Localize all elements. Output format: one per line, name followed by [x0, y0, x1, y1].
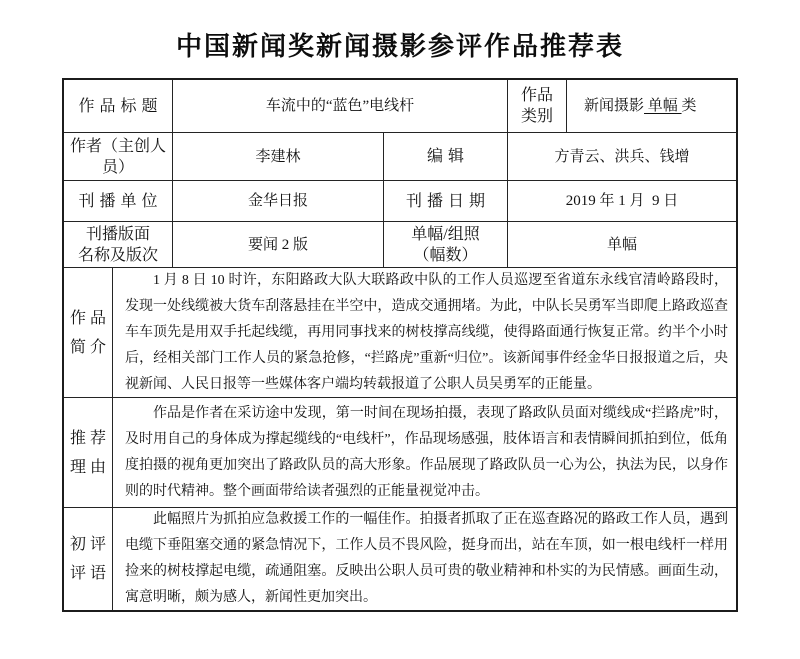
review-label-cell: 初评 评语: [64, 508, 113, 610]
category-label-line2: 类别: [518, 106, 556, 127]
review-label-line2: 评语: [70, 559, 110, 588]
category-value-cell: 新闻摄影 单幅 类: [567, 80, 736, 132]
intro-text-cell: 1 月 8 日 10 时许，东阳路政大队大联路政中队的工作人员巡逻至省道东永线官…: [113, 268, 736, 397]
review-text-cell: 此幅照片为抓拍应急救援工作的一幅佳作。拍摄者抓取了正在巡查路况的路政工作人员，遇…: [113, 508, 736, 610]
category-underlined: 单幅: [644, 98, 682, 114]
editor-label: 编辑: [424, 146, 472, 167]
intro-label-line2: 简介: [70, 333, 110, 362]
publish-date-value-cell: 2019 年 1 月 9 日: [508, 181, 736, 221]
row-publisher-date: 刊播单位 金华日报 刊播日期 2019 年 1 月 9 日: [64, 181, 736, 222]
photo-count-label-line1: 单幅/组照: [408, 224, 482, 245]
publish-date-label-cell: 刊播日期: [384, 181, 508, 221]
photo-count-value-cell: 单幅: [508, 222, 736, 267]
row-intro: 作品 简介 1 月 8 日 10 时许，东阳路政大队大联路政中队的工作人员巡逻至…: [64, 268, 736, 398]
category-suffix: 类: [682, 98, 697, 114]
reason-label-line1: 推荐: [70, 424, 110, 453]
author-label: 作者（主创人员）: [64, 136, 172, 178]
intro-label-cell: 作品 简介: [64, 268, 113, 397]
publisher-value-cell: 金华日报: [173, 181, 384, 221]
photo-count-label-line2: （幅数）: [410, 245, 480, 266]
editor-value-cell: 方青云、洪兵、钱增: [508, 133, 736, 180]
author-value-cell: 李建林: [173, 133, 384, 180]
photo-count-label-cell: 单幅/组照 （幅数）: [384, 222, 508, 267]
work-title-label: 作品标题: [75, 96, 165, 117]
reason-label-cell: 推荐 理由: [64, 398, 113, 507]
intro-label-line1: 作品: [70, 304, 110, 333]
review-text: 此幅照片为抓拍应急救援工作的一幅佳作。拍摄者抓取了正在巡查路况的路政工作人员，遇…: [125, 508, 728, 610]
category-label-cell: 作品 类别: [508, 80, 567, 132]
editor-label-cell: 编辑: [384, 133, 508, 180]
author-value: 李建林: [251, 147, 304, 167]
work-title-value-cell: 车流中的“蓝色”电线杆: [173, 80, 508, 132]
editor-value: 方青云、洪兵、钱增: [550, 147, 693, 167]
photo-count-value: 单幅: [603, 235, 641, 255]
row-layout-count: 刊播版面 名称及版次 要闻 2 版 单幅/组照 （幅数） 单幅: [64, 222, 736, 268]
publisher-label-cell: 刊播单位: [64, 181, 173, 221]
reason-text-cell: 作品是作者在采访途中发现，第一时间在现场拍摄，表现了路政队员面对缆线成“拦路虎”…: [113, 398, 736, 507]
review-label-line1: 初评: [70, 530, 110, 559]
category-value: 新闻摄影 单幅 类: [580, 96, 701, 116]
reason-label-line2: 理由: [70, 453, 110, 482]
page-layout-value-cell: 要闻 2 版: [173, 222, 384, 267]
reason-text: 作品是作者在采访途中发现，第一时间在现场拍摄，表现了路政队员面对缆线成“拦路虎”…: [125, 401, 728, 505]
publisher-label: 刊播单位: [75, 191, 165, 212]
row-review: 初评 评语 此幅照片为抓拍应急救援工作的一幅佳作。拍摄者抓取了正在巡查路况的路政…: [64, 508, 736, 610]
work-title-label-cell: 作品标题: [64, 80, 173, 132]
page-layout-label-line1: 刊播版面: [83, 224, 153, 245]
category-prefix: 新闻摄影: [584, 98, 644, 114]
page-layout-label-line2: 名称及版次: [75, 245, 161, 266]
intro-text: 1 月 8 日 10 时许，东阳路政大队大联路政中队的工作人员巡逻至省道东永线官…: [125, 268, 728, 397]
row-reason: 推荐 理由 作品是作者在采访途中发现，第一时间在现场拍摄，表现了路政队员面对缆线…: [64, 398, 736, 508]
page-layout-value: 要闻 2 版: [244, 235, 312, 255]
row-author-editor: 作者（主创人员） 李建林 编辑 方青云、洪兵、钱增: [64, 133, 736, 181]
publish-date-value: 2019 年 1 月 9 日: [562, 191, 683, 211]
recommendation-table: 作品标题 车流中的“蓝色”电线杆 作品 类别 新闻摄影 单幅 类 作者（主创人员…: [62, 78, 738, 612]
page-layout-label-cell: 刊播版面 名称及版次: [64, 222, 173, 267]
category-label-line1: 作品: [518, 85, 556, 106]
row-work-title: 作品标题 车流中的“蓝色”电线杆 作品 类别 新闻摄影 单幅 类: [64, 80, 736, 133]
work-title-value: 车流中的“蓝色”电线杆: [262, 96, 418, 116]
page-title: 中国新闻奖新闻摄影参评作品推荐表: [0, 26, 800, 63]
author-label-cell: 作者（主创人员）: [64, 133, 173, 180]
publisher-value: 金华日报: [244, 191, 312, 211]
publish-date-label: 刊播日期: [403, 191, 493, 212]
document-page: 中国新闻奖新闻摄影参评作品推荐表 作品标题 车流中的“蓝色”电线杆 作品 类别 …: [0, 0, 800, 659]
